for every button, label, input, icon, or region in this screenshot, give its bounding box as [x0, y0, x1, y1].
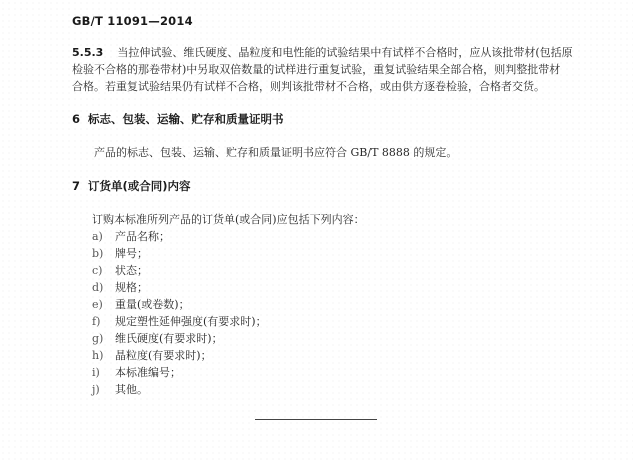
list-item: a)产品名称；: [92, 228, 170, 244]
list-item: d)规格；: [92, 279, 148, 295]
list-item: i)本标准编号；: [92, 364, 181, 380]
list-item: e)重量(或卷数)；: [92, 296, 190, 312]
section-number: 6: [72, 112, 88, 126]
list-item: c)状态；: [92, 262, 148, 278]
section-7-heading: 7订货单(或合同)内容: [72, 178, 191, 194]
end-of-document-rule: [255, 419, 377, 420]
list-item: b)牌号；: [92, 245, 148, 261]
clause-line-3: 合格。若重复试验结果仍有试样不合格，则判该批带材不合格，或由供方逐卷检验，合格者…: [72, 78, 545, 95]
list-item: g)维氏硬度(有要求时)；: [92, 330, 223, 346]
clause-line-1: 5.5.3当拉伸试验、维氏硬度、晶粒度和电性能的试验结果中有试样不合格时，应从该…: [72, 44, 573, 61]
list-item: h)晶粒度(有要求时)；: [92, 347, 212, 363]
section-6-heading: 6标志、包装、运输、贮存和质量证明书: [72, 111, 284, 127]
section-6-body: 产品的标志、包装、运输、贮存和质量证明书应符合 GB/T 8888 的规定。: [94, 144, 457, 161]
list-item: f)规定塑性延伸强度(有要求时)；: [92, 313, 267, 329]
section-number: 7: [72, 179, 88, 193]
section-title: 标志、包装、运输、贮存和质量证明书: [88, 112, 284, 126]
clause-number: 5.5.3: [72, 46, 103, 59]
list-item: j)其他。: [92, 381, 148, 397]
section-7-intro: 订购本标准所列产品的订货单(或合同)应包括下列内容：: [92, 211, 365, 228]
standard-code-header: GB/T 11091—2014: [72, 14, 193, 28]
section-title: 订货单(或合同)内容: [88, 179, 191, 193]
clause-line-2: 检验不合格的那卷带材)中另取双倍数量的试样进行重复试验，重复试验结果全部合格，则…: [72, 61, 560, 78]
